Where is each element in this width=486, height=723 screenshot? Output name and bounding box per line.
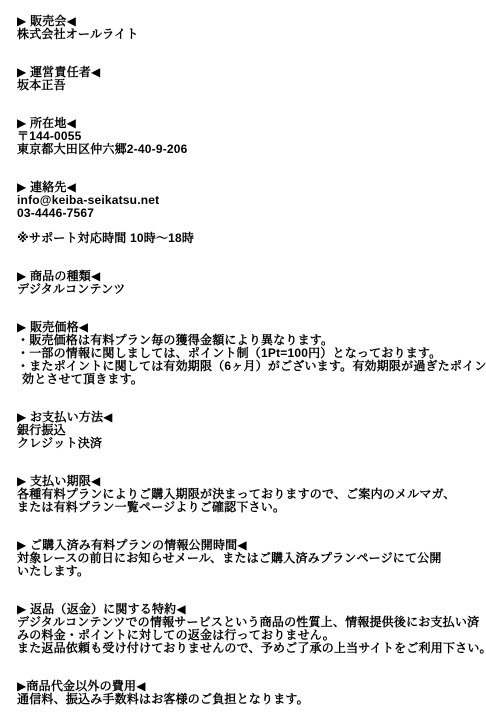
section-price: ▶ 販売価格◀・販売価格は有料プラン毎の獲得金額により異なります。・一部の情報に… bbox=[17, 321, 474, 386]
section-heading: ▶ 所在地◀ bbox=[17, 117, 474, 130]
section-heading: ▶ 運営責任者◀ bbox=[17, 66, 474, 79]
section-extra-fees: ▶商品代金以外の費用◀通信料、振込み手数料はお客様のご負担となります。 bbox=[17, 680, 474, 706]
section-operation-manager: ▶ 運営責任者◀坂本正吾 bbox=[17, 66, 474, 92]
section-product-type: ▶ 商品の種類◀デジタルコンテンツ bbox=[17, 270, 474, 296]
support-hours-note: ※サポート対応時間 10時～18時 bbox=[17, 232, 474, 245]
section-seller: ▶ 販売会◀株式会社オールライト bbox=[17, 15, 474, 41]
section-line: 通信料、振込み手数料はお客様のご負担となります。 bbox=[17, 693, 474, 706]
legal-notice: ▶ 販売会◀株式会社オールライト▶ 運営責任者◀坂本正吾▶ 所在地◀〒144-0… bbox=[0, 0, 486, 706]
section-contact: ▶ 連絡先◀info@keiba-seikatsu.net03-4446-756… bbox=[17, 181, 474, 245]
section-refund-policy: ▶ 返品（返金）に関する特約◀デジタルコンテンツでの情報サービスという商品の性質… bbox=[17, 603, 474, 655]
section-address: ▶ 所在地◀〒144-0055東京都大田区仲六郷2-40-9-206 bbox=[17, 117, 474, 156]
section-line: クレジット決済 bbox=[17, 437, 474, 450]
section-line: 坂本正吾 bbox=[17, 79, 474, 92]
section-line: 03-4446-7567 bbox=[17, 207, 474, 220]
section-line: デジタルコンテンツ bbox=[17, 283, 474, 296]
section-line: 株式会社オールライト bbox=[17, 28, 474, 41]
section-payment-method: ▶ お支払い方法◀銀行振込クレジット決済 bbox=[17, 411, 474, 450]
section-payment-deadline: ▶ 支払い期限◀各種有料プランによりご購入期限が決まっておりますので、ご案内のメ… bbox=[17, 475, 474, 514]
section-heading: ▶ お支払い方法◀ bbox=[17, 411, 474, 424]
section-line: 効とさせて頂きます。 bbox=[17, 373, 474, 386]
section-line: または有料プラン一覧ページよりご確認下さい。 bbox=[17, 501, 474, 514]
section-line: 東京都大田区仲六郷2-40-9-206 bbox=[17, 143, 474, 156]
section-line: また返品依頼も受け付けておりませんので、予めご了承の上当サイトをご利用下さい。 bbox=[17, 642, 474, 655]
section-info-release-time: ▶ ご購入済み有料プランの情報公開時間◀対象レースの前日にお知らせメール、または… bbox=[17, 539, 474, 578]
page: { "page": { "background_color": "#ffffff… bbox=[0, 0, 486, 723]
section-line: いたします。 bbox=[17, 565, 474, 578]
